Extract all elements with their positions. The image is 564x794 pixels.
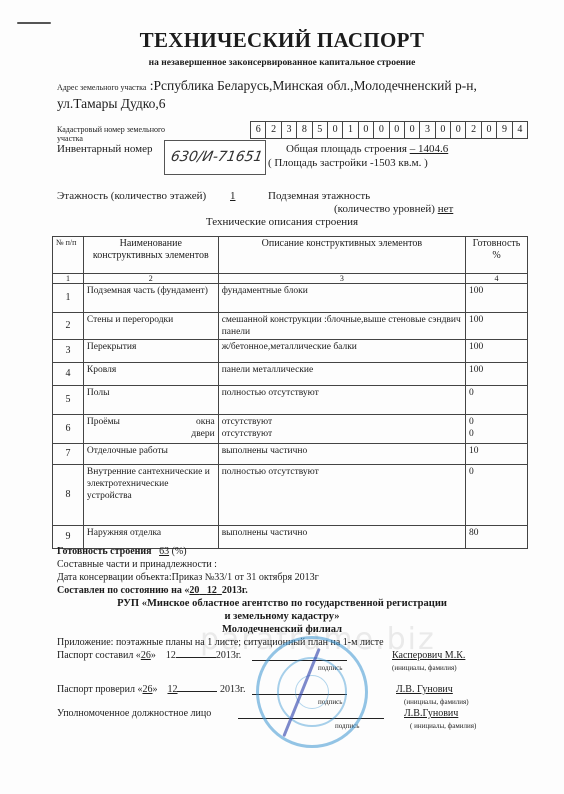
- element-description: ж/бетонное,металлические балки: [218, 340, 465, 363]
- cadastral-digit: 0: [390, 122, 405, 138]
- header-description: Описание конструктивных элементов: [218, 237, 465, 274]
- element-name: Подземная часть (фундамент): [83, 284, 218, 313]
- checked-day: 26: [142, 684, 152, 695]
- cadastral-digit: 0: [482, 122, 497, 138]
- as-of-label: Составлен по состоянию на «: [57, 585, 189, 596]
- header-readiness: Готовность %: [466, 237, 528, 274]
- row-number: 2: [53, 313, 84, 340]
- table-row: 2Стены и перегородкисмешанной конструкци…: [53, 313, 528, 340]
- levels-label: (количество уровней): [334, 203, 435, 215]
- parts-label: Составные части и принадлежности :: [57, 559, 217, 570]
- checked-by: Л.В. Гунович: [396, 684, 453, 695]
- compiled-by: Касперович М.К.: [392, 650, 465, 661]
- checked-label: Паспорт проверил «: [57, 684, 142, 695]
- element-name: Перекрытия: [83, 340, 218, 363]
- official-label: Уполномоченное должностное лицо: [57, 708, 211, 719]
- element-sub-2: двери: [87, 428, 215, 440]
- compiled-line: Паспорт составил «26» 122013г.: [57, 650, 241, 661]
- element-name: Внутренние сантехнические и электротехни…: [83, 465, 218, 526]
- readiness-unit: (%): [172, 546, 187, 557]
- cadastral-digit: 0: [405, 122, 420, 138]
- floors-value: 1: [230, 190, 236, 202]
- compiled-year: 2013г.: [216, 650, 241, 661]
- compiled-initials-caption: (инициалы, фамилия): [392, 664, 457, 672]
- table-row: 1Подземная часть (фундамент)фундаментные…: [53, 284, 528, 313]
- checked-year: 2013г.: [220, 684, 245, 695]
- element-readiness: 0: [466, 386, 528, 415]
- table-row: 8Внутренние сантехнические и электротехн…: [53, 465, 528, 526]
- checked-line: Паспорт проверил «26» 12 2013г.: [57, 684, 245, 695]
- cadastral-digit: 9: [497, 122, 512, 138]
- row-number: 5: [53, 386, 84, 415]
- cadastral-digit: 5: [313, 122, 328, 138]
- table-row: 3Перекрытияж/бетонное,металлические балк…: [53, 340, 528, 363]
- cadastral-digit: 0: [374, 122, 389, 138]
- element-description: выполнены частично: [218, 526, 465, 549]
- element-description: полностью отсутствуют: [218, 465, 465, 526]
- compiled-label: Паспорт составил «: [57, 650, 141, 661]
- as-of-year: 2013г.: [222, 585, 248, 596]
- cadastral-digit: 0: [359, 122, 374, 138]
- element-description: полностью отсутствуют: [218, 386, 465, 415]
- readiness-2: 0: [469, 428, 524, 440]
- inventory-number-box: 630/И-71651: [164, 140, 266, 175]
- total-area-value: – 1404.6: [410, 143, 449, 155]
- readiness-value: 63: [159, 546, 169, 557]
- readiness-line: Готовность строения 63 (%): [57, 546, 187, 557]
- address-label: Адрес земельного участка: [57, 83, 146, 92]
- checked-initials-caption: (инициалы, фамилия): [404, 698, 469, 706]
- element-readiness: 80: [466, 526, 528, 549]
- address-line-1: Адрес земельного участка :Рспублика Бела…: [57, 78, 477, 94]
- description-1: отсутствуют: [222, 416, 462, 428]
- element-readiness: 100: [466, 340, 528, 363]
- underground-levels: (количество уровней) нет: [334, 203, 453, 215]
- element-description: панели металлические: [218, 363, 465, 386]
- element-description: фундаментные блоки: [218, 284, 465, 313]
- cadastral-digit: 8: [297, 122, 312, 138]
- cadastral-digit: 0: [328, 122, 343, 138]
- row-number: 1: [53, 284, 84, 313]
- table-row: 5Полыполностью отсутствуют0: [53, 386, 528, 415]
- row-number: 3: [53, 340, 84, 363]
- element-readiness: 100: [466, 313, 528, 340]
- header-name: Наименование конструктивных элементов: [83, 237, 218, 274]
- element-name: Проёмыокнадвери: [83, 415, 218, 444]
- element-name: Полы: [83, 386, 218, 415]
- header-number: № п/п: [53, 237, 84, 274]
- cadastral-number-grid: 623850100003002094: [250, 121, 528, 139]
- conservation-date: Дата консервации объекта:Приказ №33/1 от…: [57, 572, 319, 583]
- cadastral-digit: 1: [343, 122, 358, 138]
- table-title: Технические описания строения: [0, 216, 564, 228]
- element-name: Стены и перегородки: [83, 313, 218, 340]
- index-cell: 2: [83, 274, 218, 284]
- address-line-2: ул.Тамары Дудко,6: [57, 96, 166, 112]
- element-description: отсутствуютотсутствуют: [218, 415, 465, 444]
- element-description: смешанной конструкции :блочные,выше стен…: [218, 313, 465, 340]
- cadastral-digit: 2: [466, 122, 481, 138]
- readiness-1: 0: [469, 416, 524, 428]
- org-line-1: РУП «Минское областное агентство по госу…: [0, 598, 564, 609]
- index-cell: 4: [466, 274, 528, 284]
- underground-label: Подземная этажность: [268, 190, 370, 202]
- total-area-label: Общая площадь строения: [286, 143, 410, 155]
- technical-description-table: № п/п Наименование конструктивных элемен…: [52, 236, 528, 549]
- element-description: выполнены частично: [218, 444, 465, 465]
- build-area: ( Площадь застройки -1503 кв.м. ): [268, 157, 428, 169]
- row-number: 4: [53, 363, 84, 386]
- index-cell: 3: [218, 274, 465, 284]
- inventory-label: Инвентарный номер: [57, 143, 153, 155]
- element-readiness: 100: [466, 363, 528, 386]
- cadastral-digit: 0: [436, 122, 451, 138]
- cadastral-digit: 4: [513, 122, 527, 138]
- cadastral-digit: 0: [451, 122, 466, 138]
- element-name-text: Проёмы: [87, 416, 120, 428]
- row-number: 7: [53, 444, 84, 465]
- element-readiness: 10: [466, 444, 528, 465]
- official-by: Л.В.Гунович: [404, 708, 458, 719]
- readiness-label: Готовность строения: [57, 546, 152, 557]
- compiled-month: 12: [166, 650, 176, 661]
- table-row: 4Кровляпанели металлические100: [53, 363, 528, 386]
- official-initials-caption: ( инициалы, фамилия): [410, 722, 476, 730]
- official-stamp: [256, 636, 368, 748]
- element-name: Кровля: [83, 363, 218, 386]
- total-area: Общая площадь строения – 1404.6: [286, 143, 448, 155]
- cadastral-digit: 3: [420, 122, 435, 138]
- table-row: 7Отделочные работывыполнены частично10: [53, 444, 528, 465]
- floors-label: Этажность (количество этажей): [57, 190, 206, 202]
- levels-value: нет: [438, 203, 454, 215]
- document-title: ТЕХНИЧЕСКИЙ ПАСПОРТ: [0, 28, 564, 53]
- element-sub-1: окна: [196, 416, 215, 428]
- as-of-month: 12: [207, 585, 217, 596]
- cadastral-digit: 6: [251, 122, 266, 138]
- as-of-day: 20: [189, 585, 199, 596]
- index-cell: 1: [53, 274, 84, 284]
- document-subtitle: на незавершенное законсервированное капи…: [0, 58, 564, 68]
- scan-mark: [17, 22, 51, 24]
- as-of-date: Составлен по состоянию на «20 12 2013г.: [57, 585, 248, 596]
- element-readiness: 0: [466, 465, 528, 526]
- org-line-2: и земельному кадастру»: [0, 611, 564, 622]
- table-header-row: № п/п Наименование конструктивных элемен…: [53, 237, 528, 274]
- checked-month: 12: [167, 684, 177, 695]
- row-number: 8: [53, 465, 84, 526]
- inventory-number-handwritten: 630/И-71651: [170, 149, 264, 165]
- table-row: 6Проёмыокнадвериотсутствуютотсутствуют00: [53, 415, 528, 444]
- cadastral-digit: 3: [282, 122, 297, 138]
- element-readiness: 100: [466, 284, 528, 313]
- description-2: отсутствуют: [222, 428, 462, 440]
- table-index-row: 1 2 3 4: [53, 274, 528, 284]
- address-value: :Рспублика Беларусь,Минская обл.,Молодеч…: [150, 78, 477, 93]
- compiled-day: 26: [141, 650, 151, 661]
- element-name: Отделочные работы: [83, 444, 218, 465]
- cadastral-digit: 2: [266, 122, 281, 138]
- element-readiness: 00: [466, 415, 528, 444]
- row-number: 6: [53, 415, 84, 444]
